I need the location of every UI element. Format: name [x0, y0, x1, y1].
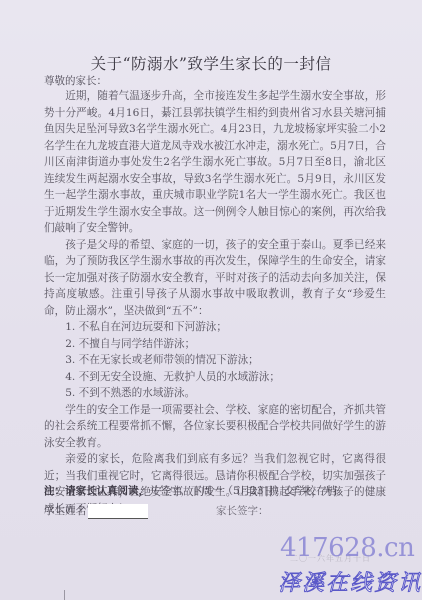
- note-text: 并签字，下周一（5月23日）交学校存档。: [149, 485, 348, 497]
- paragraph-incidents: 近期，随着气温逐步升高，全市接连发生多起学生溺水安全事故，形势十分严峻。4月16…: [44, 88, 386, 237]
- parent-signature-label: 家长签字：: [216, 503, 269, 518]
- letter-title: 关于“防溺水”致学生家长的一封信: [0, 52, 422, 74]
- salutation: 尊敬的家长：: [44, 73, 107, 88]
- note-label: 注：请家长认真阅读，: [44, 485, 149, 497]
- student-name-label: 学生姓名: [44, 505, 86, 517]
- rule-item: 4. 不到无安全设施、无救护人员的水域游泳；: [44, 369, 386, 386]
- rule-item: 2. 不擅自与同学结伴游泳；: [44, 336, 386, 353]
- five-rules-list: 1. 不私自在河边玩耍和下河游泳； 2. 不擅自与同学结伴游泳； 3. 不在无家…: [44, 319, 386, 402]
- letter-page: 关于“防溺水”致学生家长的一封信 尊敬的家长： 近期，随着气温逐步升高，全市接连…: [0, 0, 422, 600]
- student-name-field[interactable]: [88, 504, 148, 519]
- paragraph-cooperation: 学生的安全工作是一项需要社会、学校、家庭的密切配合，齐抓共管的社会系统工程要常抓…: [44, 402, 386, 452]
- watermark-name: 泽溪在线资讯: [278, 566, 422, 597]
- return-note: 注：请家长认真阅读，并签字，下周一（5月23日）交学校存档。: [44, 483, 348, 498]
- signature-row: 学生姓名 家长签字：: [44, 503, 148, 519]
- rule-item: 5. 不到不熟悉的水域游泳。: [44, 385, 386, 402]
- rule-item: 3. 不在无家长或老师带领的情况下游泳；: [44, 352, 386, 369]
- watermark-site: 417628.cn: [280, 533, 414, 563]
- paper-crease-mark: [64, 590, 65, 600]
- paragraph-parents-duty: 孩子是父母的希望、家庭的一切，孩子的安全重于泰山。夏季已经来临，为了预防我区学生…: [44, 237, 386, 320]
- rule-item: 1. 不私自在河边玩耍和下河游泳；: [44, 319, 386, 336]
- letter-body: 近期，随着气温逐步升高，全市接连发生多起学生溺水安全事故，形势十分严峻。4月16…: [44, 88, 386, 517]
